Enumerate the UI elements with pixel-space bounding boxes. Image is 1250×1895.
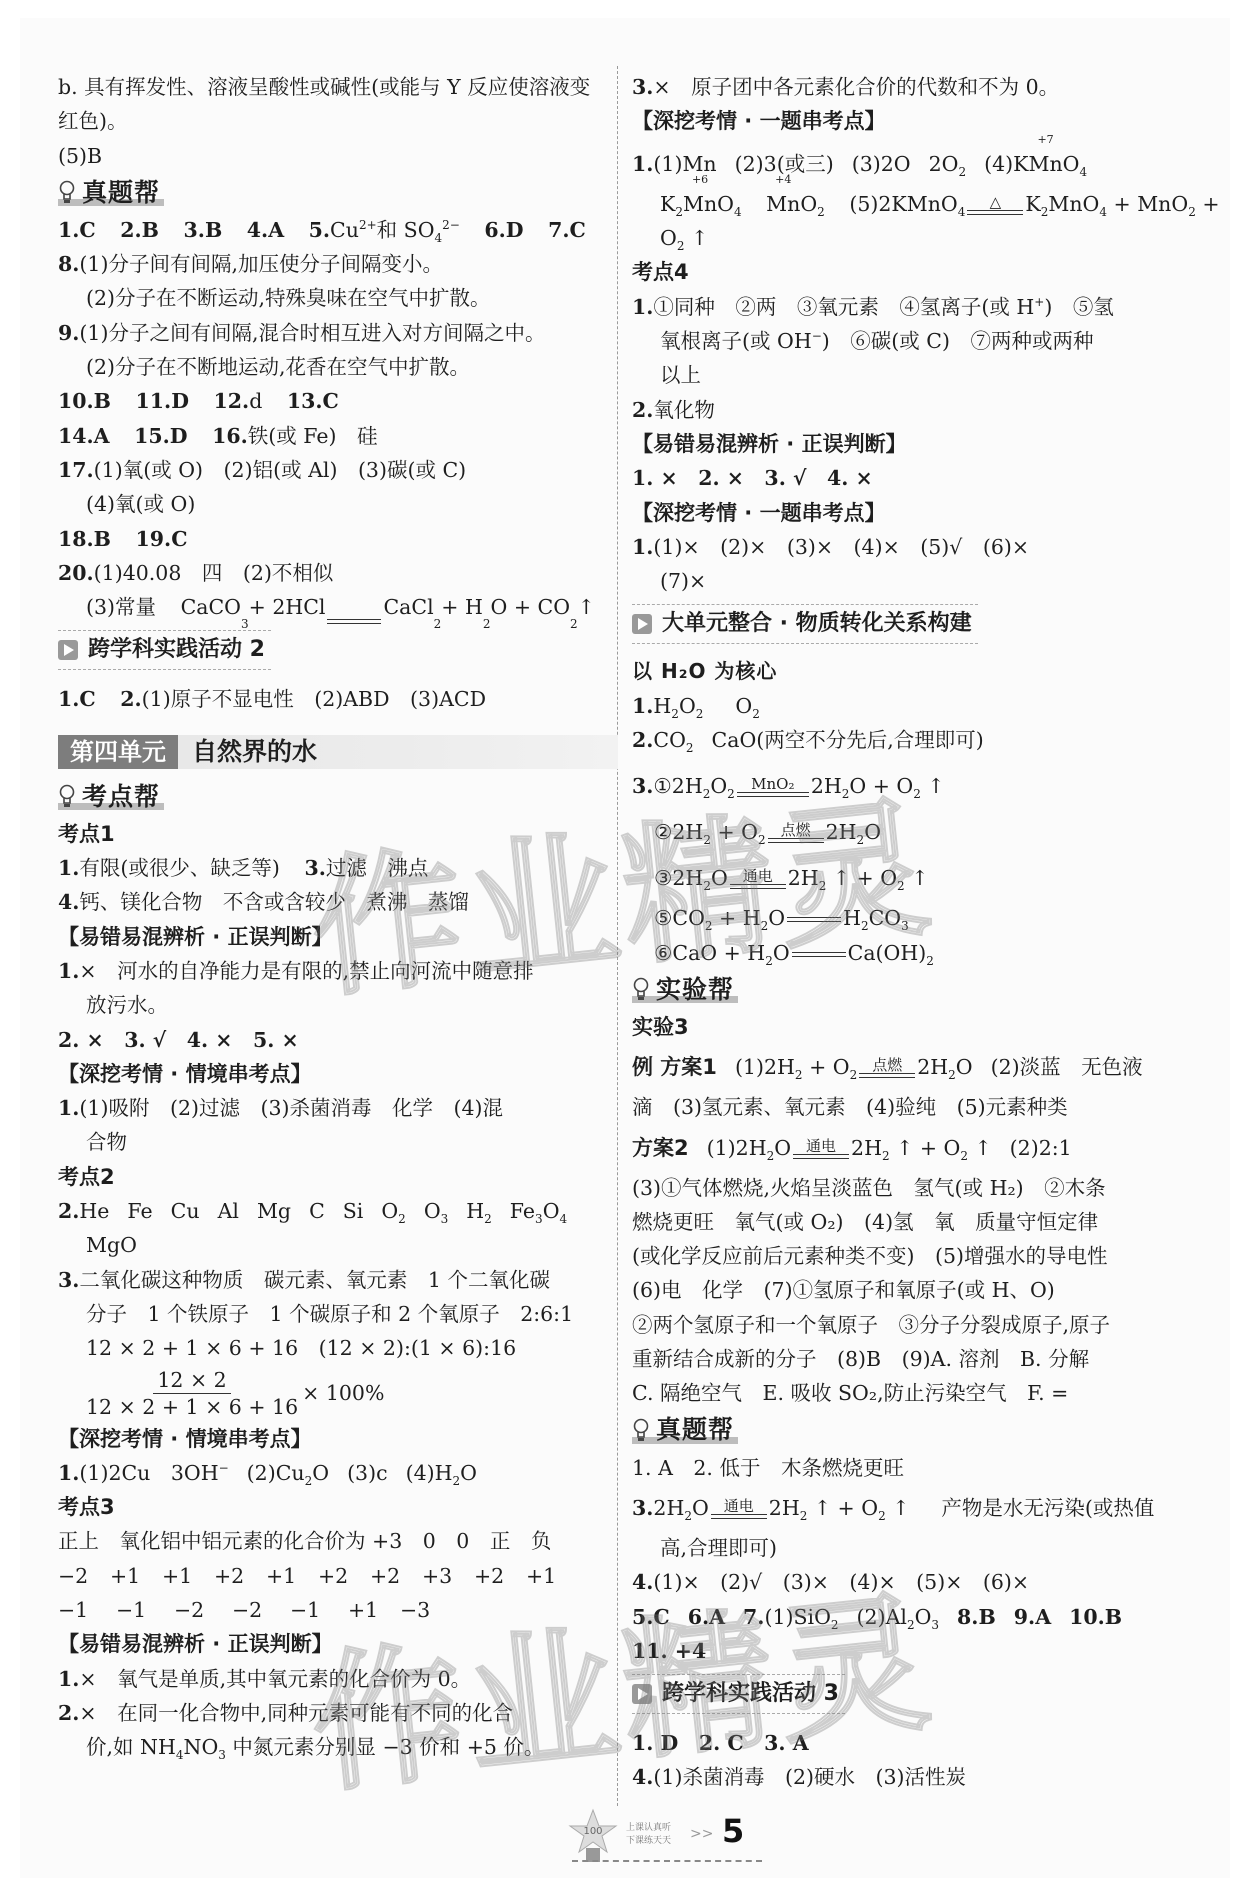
mass-fraction: 12 × 2 12 × 2 + 1 × 6 + 16	[86, 1367, 298, 1420]
footer-slogan: 上课认真听下课练天天	[626, 1822, 671, 1848]
kd2-q3-a: 3.二氧化碳这种物质 碳元素、氧元素 1 个二氧化碳	[58, 1263, 618, 1297]
lightbulb-icon	[58, 180, 76, 206]
shiyan-3-heading: 实验3	[632, 1010, 1202, 1044]
fangan1-b: 滴 (3)氢元素、氧元素 (4)验纯 (5)元素种类	[632, 1090, 1202, 1124]
kaodian-3-heading: 考点3	[58, 1490, 618, 1524]
answer-row-10: 10.B 11.D 12.d 13.C	[58, 384, 618, 418]
kuaxueke-3-l1: 1. D 2. C 3. A	[632, 1726, 1202, 1760]
mascot-star-icon: 100	[568, 1808, 618, 1868]
footer-rule	[572, 1860, 762, 1862]
dady-q3-eq3: ③2H2O通电2H2 ↑ + O2 ↑	[632, 855, 1202, 901]
dady-q1: 1.H2O2O2	[632, 689, 1202, 723]
shenwa-1-a: 1.(1)吸附 (2)过滤 (3)杀菌消毒 化学 (4)混	[58, 1091, 618, 1125]
yicuo-row-r: 1. × 2. × 3. √ 4. ×	[632, 461, 1202, 495]
kd2-q2-b: MgO	[58, 1228, 618, 1262]
answer-q20-a: 20.(1)40.08 四 (2)不相似	[58, 556, 618, 590]
section-header-kaodianbang: 考点帮	[58, 777, 618, 817]
kd4-q1-c: 以上	[632, 358, 1202, 392]
page-footer: 100 上课认真听下课练天天 >> 5	[550, 1808, 790, 1868]
dady-q3-eq5: ⑤CO2 + H2OH2CO3	[632, 901, 1202, 935]
section-header-kuaxueke-3: 跨学科实践活动 3	[632, 1674, 845, 1714]
kd4-q2: 2.氧化物	[632, 393, 1202, 427]
svg-text:100: 100	[583, 1826, 602, 1837]
page: b. 具有挥发性、溶液呈酸性或碱性(或能与 Y 反应使溶液变 红色)。 (5)B…	[20, 18, 1230, 1878]
answer-q5: (5)B	[58, 139, 618, 173]
answer-q9-1: 9.(1)分子之间有间隔,混合时相互进入对方间隔之中。	[58, 316, 618, 350]
dady-q3-eq2: ②2H2 + O2点燃2H2O	[632, 809, 1202, 855]
dady-q3-eq6: ⑥CaO + H2OCa(OH)2	[632, 936, 1202, 970]
answer-row-14: 14.A 15.D 16.铁(或 Fe) 硅	[58, 419, 618, 453]
right-column: 3.× 原子团中各元素化合价的代数和不为 0。 【深挖考情 · 一题串考点】 1…	[632, 70, 1202, 1795]
unit-title: 自然界的水	[178, 735, 317, 769]
zhenti-row-1: 1.C 2.B 3.B 4.A 5.Cu2+和 SO42− 6.D 7.C	[58, 213, 618, 247]
zhenti-r-3-b: 高,合理即可)	[632, 1531, 1202, 1565]
yiti-1-a: 1.(1)Mn(2)3(或三)(3)2O2O2(4)KM+7nO4	[632, 139, 1202, 181]
yiti2-a: 1.(1)× (2)× (3)× (4)× (5)√ (6)×	[632, 530, 1202, 564]
kd2-q3-c: 12 × 2 + 1 × 6 + 16 (12 × 2):(1 × 6):16	[58, 1331, 618, 1365]
section-header-dadanyuan: 大单元整合 · 物质转化关系构建	[632, 604, 978, 644]
kd4-q1-a: 1.①同种 ②两 ③氧元素 ④氢离子(或 H+) ⑤氢	[632, 290, 1202, 324]
fangan1-a: 例 方案1(1)2H2 + O2点燃2H2O(2)淡蓝 无色液	[632, 1044, 1202, 1090]
chevrons-icon: >>	[690, 1826, 713, 1842]
section-header-zhentibang-r: 真题帮	[632, 1411, 1202, 1451]
lightbulb-icon	[632, 1418, 650, 1444]
section-header-kuaxueke-2: 跨学科实践活动 2	[58, 630, 271, 670]
answer-b-line2: 红色)。	[58, 104, 618, 138]
kuaxueke-2-answers: 1.C 2.(1)原子不显电性 (2)ABD (3)ACD	[58, 682, 618, 716]
yicuo-row: 2. × 3. √ 4. × 5. ×	[58, 1023, 618, 1057]
kd1-line-1: 1.有限(或很少、缺乏等) 3.过滤 沸点	[58, 851, 618, 885]
yicuo3-1: 1.× 氧气是单质,其中氧元素的化合价为 0。	[58, 1662, 618, 1696]
kd2-q2-a: 2.HeFeCuAlMgCSiO2O3H2Fe3O4	[58, 1194, 618, 1228]
unit-banner: 第四单元 自然界的水	[58, 735, 618, 769]
unit-tag: 第四单元	[58, 735, 178, 769]
section-header-zhentibang: 真题帮	[58, 173, 618, 213]
zhenti-r-5: 5.C6.A7.(1)SiO2(2)Al2O38.B9.A10.B	[632, 1600, 1202, 1634]
kd3-line-1: 正上 氧化铝中铝元素的化合价为 +3 0 0 正 负	[58, 1524, 618, 1558]
yicuo-1-a: 1.× 河水的自净能力是有限的,禁止向河流中随意排	[58, 954, 618, 988]
yicuo-1-b: 放污水。	[58, 988, 618, 1022]
equation-caco3-hcl: CaCO3 + 2HClCaCl2 + H2O + CO2 ↑	[181, 590, 595, 624]
kaodian-2-heading: 考点2	[58, 1160, 618, 1194]
bracket-heading-yiti: 【深挖考情 · 一题串考点】	[632, 104, 1202, 138]
answer-q8-1: 8.(1)分子间有间隔,加压使分子间隔变小。	[58, 247, 618, 281]
section-header-shiyanbang: 实验帮	[632, 970, 1202, 1010]
answer-q8-2: (2)分子在不断运动,特殊臭味在空气中扩散。	[58, 281, 618, 315]
bracket-heading-yicuo-2: 【易错易混辨析 · 正误判断】	[58, 1627, 618, 1661]
dady-q2: 2.CO2CaO(两空不分先后,合理即可)	[632, 723, 1202, 757]
bracket-heading-yicuo: 【易错易混辨析 · 正误判断】	[58, 920, 618, 954]
r-yicuo-3: 3.× 原子团中各元素化合价的代数和不为 0。	[632, 70, 1202, 104]
zhenti-r-11: 11. +4	[632, 1634, 1202, 1668]
answer-b-line1: b. 具有挥发性、溶液呈酸性或碱性(或能与 Y 反应使溶液变	[58, 70, 618, 104]
bracket-heading-shenwa-qingjing-2: 【深挖考情 · 情境串考点】	[58, 1422, 618, 1456]
section-title: 实验帮	[656, 973, 734, 1007]
kuaxueke-3-l2: 4.(1)杀菌消毒 (2)硬水 (3)活性炭	[632, 1760, 1202, 1794]
kd1-line-2: 4.钙、镁化合物 不含或含较少 煮沸 蒸馏	[58, 885, 618, 919]
left-column: b. 具有挥发性、溶液呈酸性或碱性(或能与 Y 反应使溶液变 红色)。 (5)B…	[58, 70, 618, 1764]
fangan2-d: 燃烧更旺 氧气(或 O₂) (4)氢 氧 质量守恒定律	[632, 1205, 1202, 1239]
kaodian-4-heading: 考点4	[632, 255, 1202, 289]
fangan2-h: 重新结合成新的分子 (8)B (9)A. 溶剂 B. 分解	[632, 1342, 1202, 1376]
answer-q9-2: (2)分子在不断地运动,花香在空气中扩散。	[58, 350, 618, 384]
zhenti-r-4: 4.(1)× (2)√ (3)× (4)× (5)× (6)×	[632, 1565, 1202, 1599]
lightbulb-icon	[632, 977, 650, 1003]
lightbulb-icon	[58, 784, 76, 810]
kd2-q3-fraction: 12 × 2 12 × 2 + 1 × 6 + 16 × 100%	[58, 1366, 618, 1422]
answer-q20-b: (3)常量 CaCO3 + 2HClCaCl2 + H2O + CO2 ↑	[58, 590, 618, 624]
kd2-q3-b: 分子 1 个铁原子 1 个碳原子和 2 个氧原子 2:6:1	[58, 1297, 618, 1331]
yiti-1-c: O2 ↑	[632, 221, 1202, 255]
kd4-q1-b: 氧根离子(或 OH−) ⑥碳(或 C) ⑦两种或两种	[632, 324, 1202, 358]
kd3-valence-row-3: −1−1−2−2−1+1−3	[58, 1593, 618, 1627]
fangan2-e: (或化学反应前后元素种类不变) (5)增强水的导电性	[632, 1239, 1202, 1273]
bracket-heading-shenwa-qingjing: 【深挖考情 · 情境串考点】	[58, 1057, 618, 1091]
page-number: 5	[722, 1812, 744, 1850]
yiti2-b: (7)×	[632, 564, 1202, 598]
play-icon	[58, 640, 78, 660]
dady-q3-eq1: 3.①2H2O2MnO₂2H2O + O2 ↑	[632, 763, 1202, 809]
section-title: 真题帮	[82, 176, 160, 210]
kd3-valence-row-2: −2+1+1+2+1+2+2+3+2+1	[58, 1559, 618, 1593]
yicuo3-2-b: 价,如 NH4NO3 中氮元素分别显 −3 价和 +5 价。	[58, 1730, 618, 1764]
answer-q17-b: (4)氧(或 O)	[58, 487, 618, 521]
fangan2-a: 方案2(1)2H2O通电2H2 ↑ + O2 ↑(2)2:1	[632, 1125, 1202, 1171]
play-icon	[632, 614, 652, 634]
zhenti-r-3-a: 3.2H2O通电2H2 ↑ + O2 ↑产物是水无污染(或热值	[632, 1485, 1202, 1531]
fangan2-f: (6)电 化学 (7)①氢原子和氧原子(或 H、O)	[632, 1273, 1202, 1307]
shenwa-1-b: 合物	[58, 1125, 618, 1159]
section-title: 真题帮	[656, 1413, 734, 1447]
play-icon	[632, 1684, 652, 1704]
yiti-1-b: K2M+6nO4 M+4nO2 (5)2KMnO4△K2MnO4 + MnO2 …	[632, 181, 1202, 221]
answer-q17-a: 17.(1)氧(或 O) (2)铝(或 Al) (3)碳(或 C)	[58, 453, 618, 487]
fangan2-c: (3)①气体燃烧,火焰呈淡蓝色 氢气(或 H₂) ②木条	[632, 1171, 1202, 1205]
fangan2-i: C. 隔绝空气 E. 吸收 SO₂,防止污染空气 F. =	[632, 1376, 1202, 1410]
bracket-heading-yiti-2: 【深挖考情 · 一题串考点】	[632, 496, 1202, 530]
answer-row-18: 18.B 19.C	[58, 522, 618, 556]
section-title: 考点帮	[82, 780, 160, 814]
yicuo3-2-a: 2.× 在同一化合物中,同种元素可能有不同的化合	[58, 1696, 618, 1730]
bracket-heading-yicuo-r: 【易错易混辨析 · 正误判断】	[632, 427, 1202, 461]
fangan2-g: ②两个氢原子和一个氧原子 ③分子分裂成原子,原子	[632, 1308, 1202, 1342]
kaodian-1-heading: 考点1	[58, 817, 618, 851]
core-heading: 以 H₂O 为核心	[632, 654, 1202, 688]
shenwa-2: 1.(1)2Cu 3OH−(2)Cu2O(3)c(4)H2O	[58, 1456, 618, 1490]
zhenti-r-1: 1. A 2. 低于 木条燃烧更旺	[632, 1451, 1202, 1485]
